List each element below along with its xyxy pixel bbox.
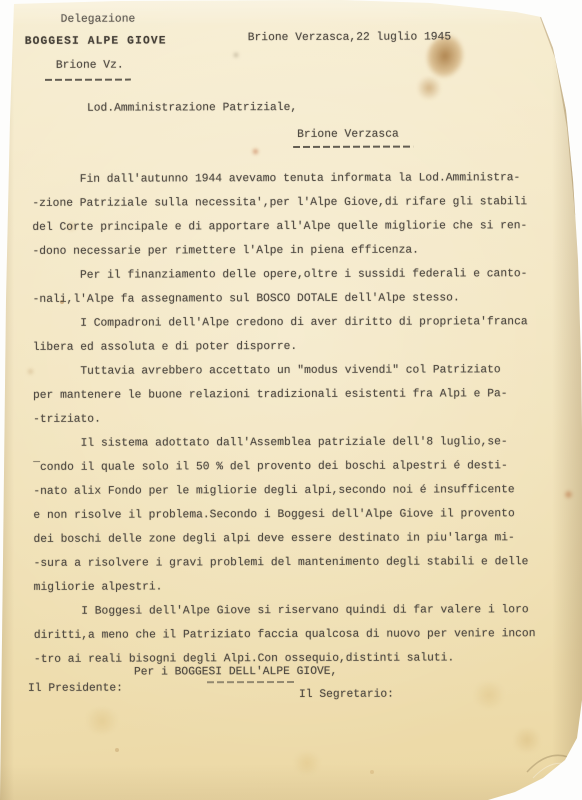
sender-delegation-line: Delegazione [61,14,136,26]
closing-underline [207,681,295,683]
paper-sheet: Delegazione BOGGESI ALPE GIOVE Brione Vz… [0,0,582,800]
letter-line: Per il finanziamento delle opere,oltre i… [33,262,553,288]
signature-secretary: Il Segretario: [299,689,394,701]
closing-on-behalf-line: Per i BOGGESI DELL'ALPE GIOVE, [134,666,337,679]
typewritten-text-layer: Delegazione BOGGESI ALPE GIOVE Brione Vz… [0,0,582,800]
sender-location-line: Brione Vz. [56,60,124,72]
letter-line: dei boschi delle zone degli alpi deve es… [33,526,553,552]
recipient-location-line: Brione Verzasca [297,129,399,141]
letter-line: Fin dall'autunno 1944 avevamo tenuta inf… [32,166,552,192]
letter-line: -nali,l'Alpe fa assegnamento sul BOSCO D… [33,286,553,312]
letter-line: e non risolve il problema.Secondo i Bogg… [33,502,553,528]
letter-line: -sura a risolvere i gravi problemi del m… [34,550,554,576]
letter-line: Tuttavia avrebbero accettato un "modus v… [33,358,553,384]
letter-line: -dono necessarie per rimettere l'Alpe in… [32,238,552,264]
letter-line: Il sistema adottato dall'Assemblea patri… [33,430,553,456]
dateline: Brione Verzasca,22 luglio 1945 [248,31,451,44]
letter-line: -nato alix Fondo per le migliorie degli … [33,478,553,504]
letter-line: -triziato. [33,406,553,432]
sender-underline [45,79,131,81]
sender-organization-line: BOGGESI ALPE GIOVE [25,35,167,47]
letter-line: -zione Patriziale sulla necessita',per l… [32,190,552,216]
scanned-letter-page: Delegazione BOGGESI ALPE GIOVE Brione Vz… [0,0,582,800]
letter-line: I Boggesi dell'Alpe Giove si riservano q… [34,598,554,624]
letter-line: del Corte principale e di apportare all'… [32,214,552,240]
letter-line: migliorie alpestri. [34,574,554,600]
letter-line: ‾condo il quale solo il 50 % del provent… [33,454,553,480]
letter-line: per mantenere le buone relazioni tradizi… [33,382,553,408]
letter-line: diritti,a meno che il Patriziato faccia … [34,622,554,648]
letter-line: I Compadroni dell'Alpe credono di aver d… [33,310,553,336]
letter-body: Fin dall'autunno 1944 avevamo tenuta inf… [32,166,554,672]
recipient-underline [293,146,413,148]
signature-president: Il Presidente: [28,683,123,695]
recipient-name-line: Lod.Amministrazione Patriziale, [87,102,297,115]
letter-line: libera ed assoluta e di poter disporre. [33,334,553,360]
